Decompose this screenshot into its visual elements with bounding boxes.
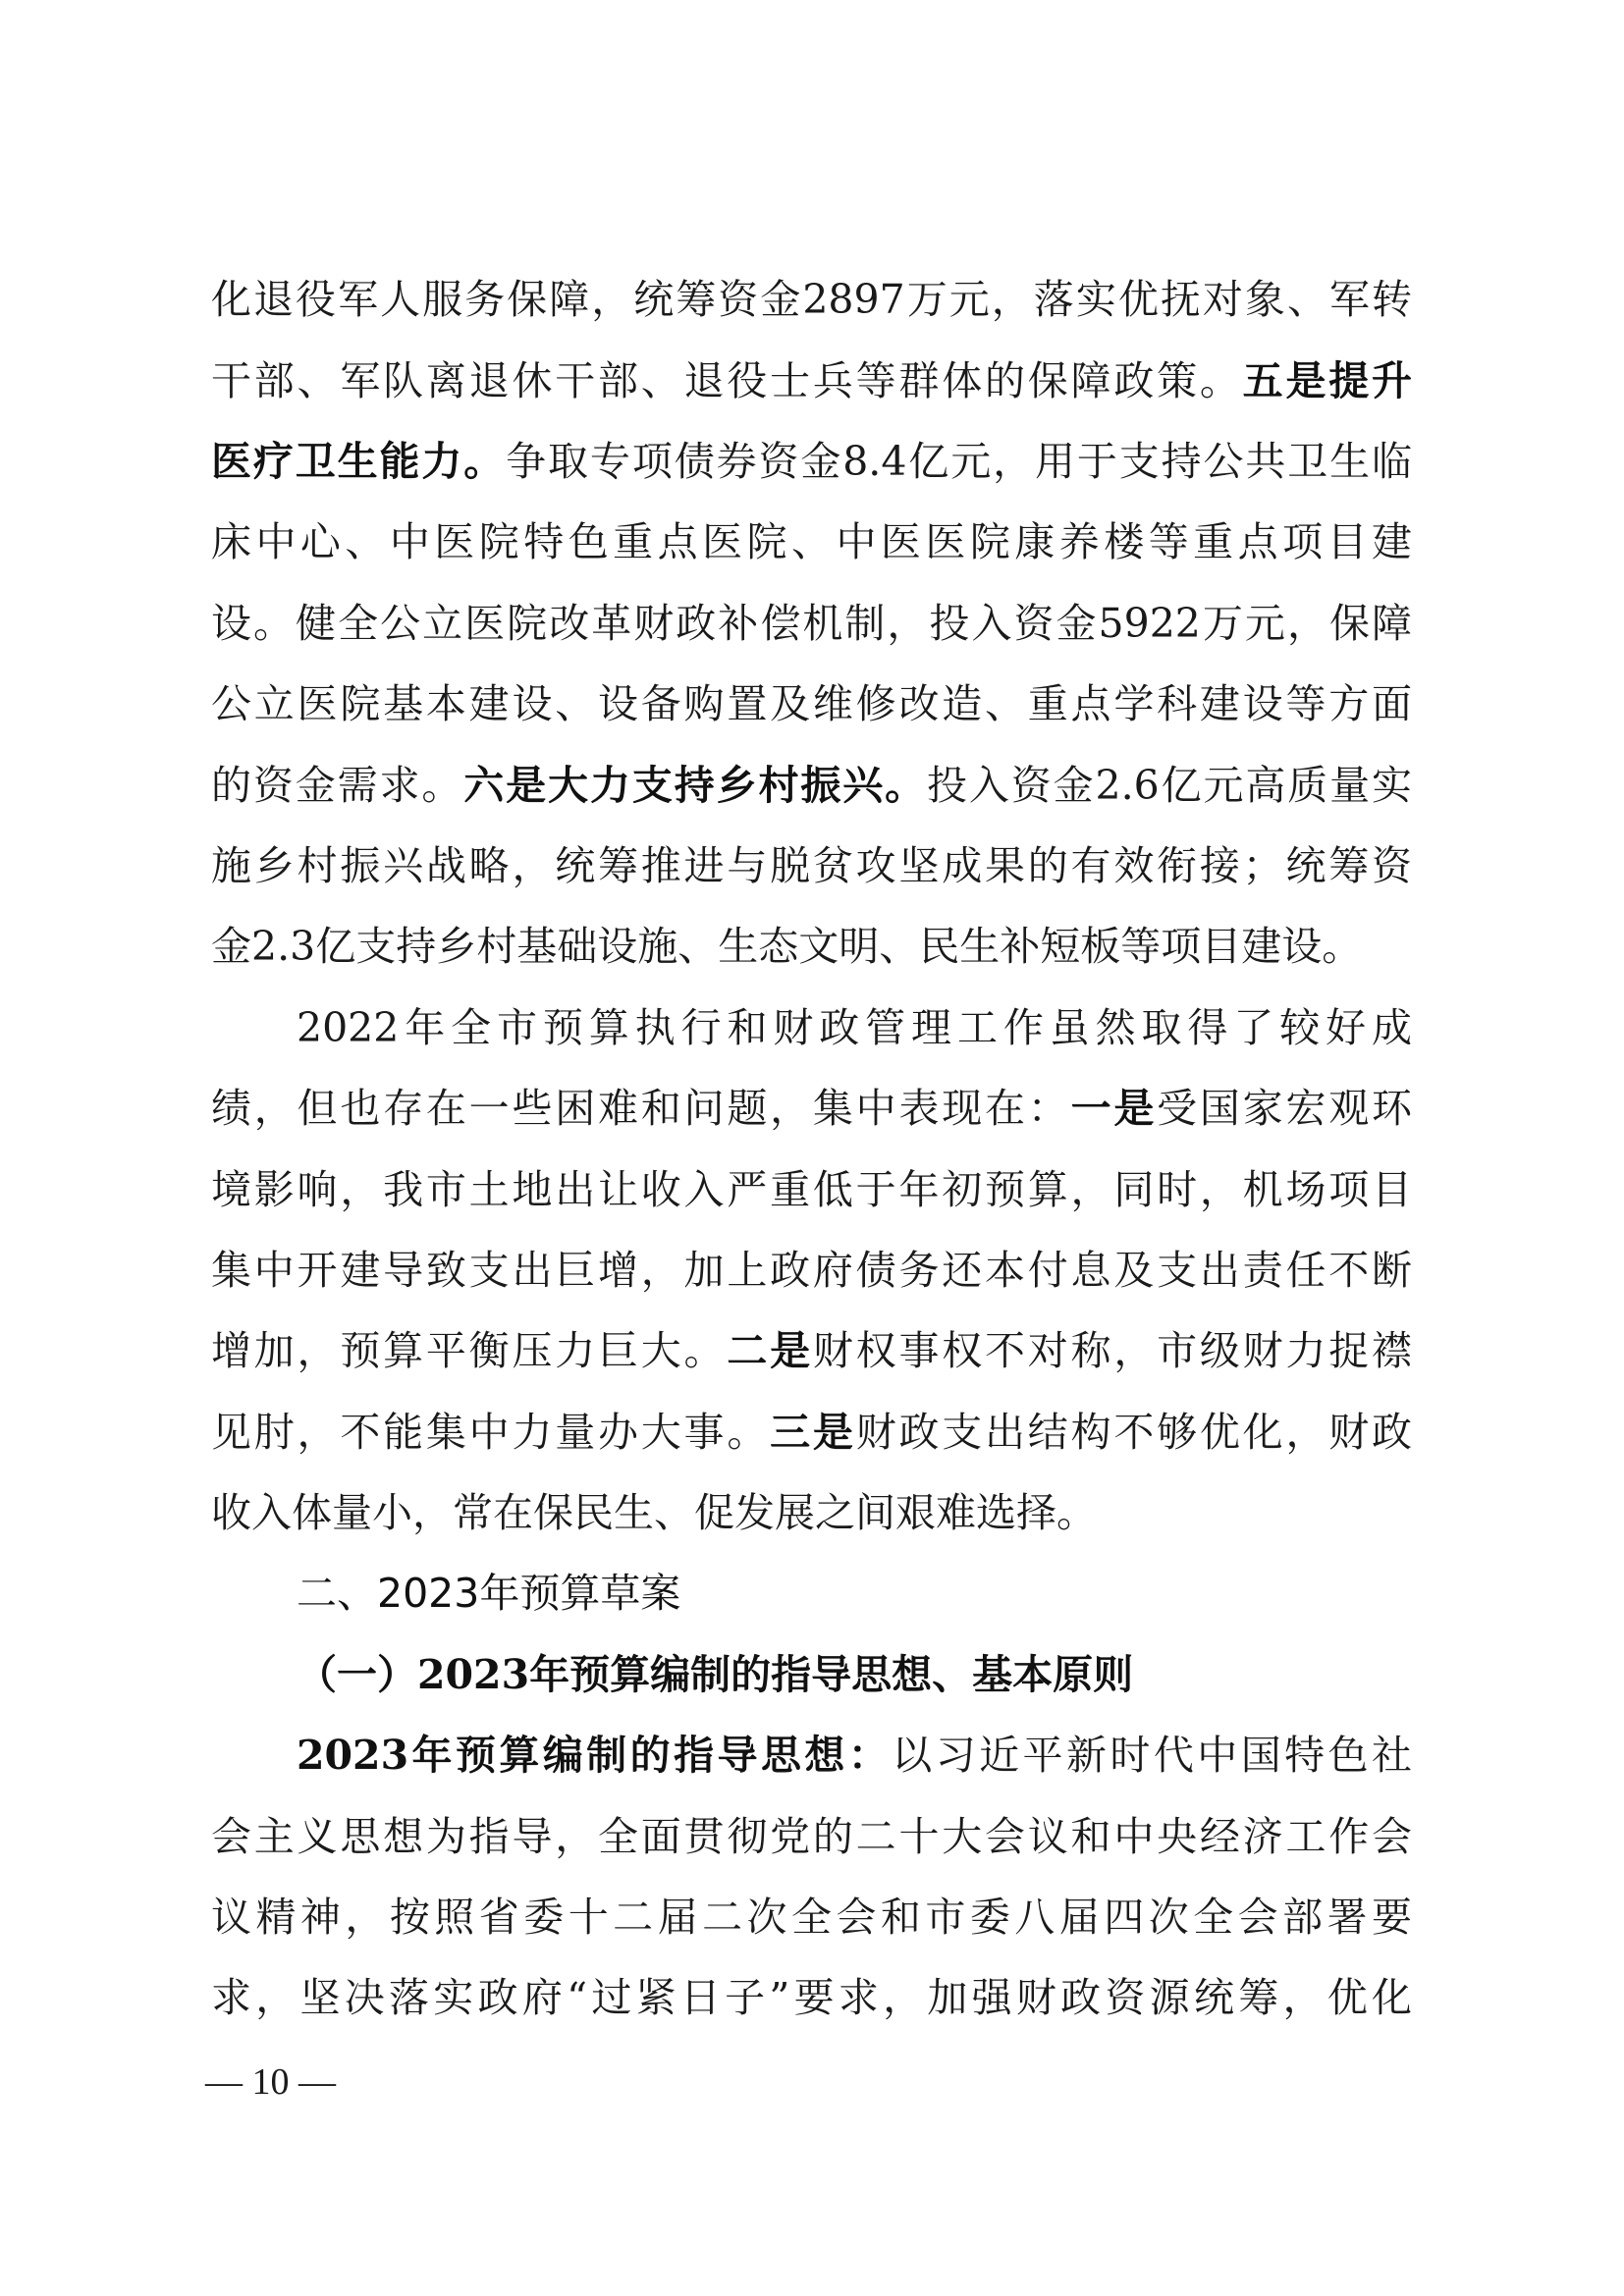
- paragraph-line: 集中开建导致支出巨增，加上政府债务还本付息及支出责任不断: [211, 1241, 1412, 1300]
- text-run: 2022年全市预算执行和财政管理工作虽然取得了较好成: [297, 1004, 1412, 1051]
- paragraph-line: 公立医院基本建设、设备购置及维修改造、重点学科建设等方面: [211, 674, 1412, 733]
- bold-lead-phrase: 医疗卫生能力。: [211, 438, 506, 485]
- paragraph-line: 干部、军队离退休干部、退役士兵等群体的保障政策。五是提升: [211, 351, 1412, 410]
- text-run: 集中开建导致支出巨增，加上政府债务还本付息及支出责任不断: [211, 1247, 1412, 1294]
- text-run: 干部、军队离退休干部、退役士兵等群体的保障政策。: [211, 357, 1243, 404]
- paragraph-line: 2022年全市预算执行和财政管理工作虽然取得了较好成: [297, 998, 1412, 1057]
- paragraph-line: 的资金需求。六是大力支持乡村振兴。投入资金2.6亿元高质量实: [211, 756, 1412, 815]
- section-heading: 二、2023年预算草案: [297, 1564, 680, 1623]
- text-run: 设。健全公立医院改革财政补偿机制，投入资金5922万元，保障: [211, 600, 1412, 647]
- text-run: 争取专项债券资金8.4亿元，用于支持公共卫生临: [506, 438, 1412, 485]
- paragraph-line: 医疗卫生能力。争取专项债券资金8.4亿元，用于支持公共卫生临: [211, 432, 1412, 491]
- paragraph-line: 议精神，按照省委十二届二次全会和市委八届四次全会部署要: [211, 1888, 1412, 1947]
- text-run: 的资金需求。: [211, 762, 463, 809]
- paragraph-line: 会主义思想为指导，全面贯彻党的二十大会议和中央经济工作会: [211, 1807, 1412, 1866]
- text-run: 财政支出结构不够优化，财政: [856, 1409, 1412, 1456]
- document-page: 化退役军人服务保障，统筹资金2897万元，落实优抚对象、军转 干部、军队离退休干…: [0, 0, 1624, 2296]
- bold-lead-phrase: 六是大力支持乡村振兴。: [463, 762, 927, 809]
- bold-lead-phrase: 一是: [1071, 1085, 1158, 1132]
- text-run: 施乡村振兴战略，统筹推进与脱贫攻坚成果的有效衔接；统筹资: [211, 842, 1412, 889]
- text-run: 财权事权不对称，市级财力捉襟: [813, 1327, 1412, 1374]
- text-run: 以习近平新时代中国特色社: [892, 1732, 1412, 1779]
- subsection-heading: （一）2023年预算编制的指导思想、基本原则: [297, 1645, 1133, 1704]
- paragraph-line: 收入体量小，常在保民生、促发展之间艰难选择。: [211, 1483, 1412, 1542]
- text-run: 化退役军人服务保障，统筹资金2897万元，落实优抚对象、军转: [211, 276, 1412, 323]
- text-run: 投入资金2.6亿元高质量实: [927, 762, 1412, 809]
- paragraph-line: 求，坚决落实政府“过紧日子”要求，加强财政资源统筹，优化: [211, 1968, 1412, 2027]
- paragraph-line: 床中心、中医院特色重点医院、中医医院康养楼等重点项目建: [211, 512, 1412, 571]
- text-run: 增加，预算平衡压力巨大。: [211, 1327, 727, 1374]
- bold-lead-phrase: 2023年预算编制的指导思想：: [297, 1732, 892, 1779]
- paragraph-line: 2023年预算编制的指导思想：以习近平新时代中国特色社: [297, 1726, 1412, 1785]
- paragraph-line: 绩，但也存在一些困难和问题，集中表现在：一是受国家宏观环: [211, 1079, 1412, 1138]
- text-run: 见肘，不能集中力量办大事。: [211, 1409, 770, 1456]
- text-run: 公立医院基本建设、设备购置及维修改造、重点学科建设等方面: [211, 680, 1412, 727]
- text-run: 床中心、中医院特色重点医院、中医医院康养楼等重点项目建: [211, 518, 1412, 565]
- text-run: 绩，但也存在一些困难和问题，集中表现在：: [211, 1085, 1071, 1132]
- paragraph-line: 境影响，我市土地出让收入严重低于年初预算，同时，机场项目: [211, 1160, 1412, 1219]
- paragraph-line: 见肘，不能集中力量办大事。三是财政支出结构不够优化，财政: [211, 1403, 1412, 1462]
- paragraph-line: 金2.3亿支持乡村基础设施、生态文明、民生补短板等项目建设。: [211, 917, 1412, 976]
- paragraph-line: 增加，预算平衡压力巨大。二是财权事权不对称，市级财力捉襟: [211, 1321, 1412, 1380]
- text-run: 议精神，按照省委十二届二次全会和市委八届四次全会部署要: [211, 1894, 1412, 1941]
- paragraph-line: 施乡村振兴战略，统筹推进与脱贫攻坚成果的有效衔接；统筹资: [211, 836, 1412, 895]
- bold-lead-phrase: 二是: [727, 1327, 813, 1374]
- text-run: 受国家宏观环: [1157, 1085, 1412, 1132]
- bold-lead-phrase: 五是提升: [1243, 357, 1412, 404]
- bold-lead-phrase: 三是: [770, 1409, 856, 1456]
- page-number: — 10 —: [205, 2057, 336, 2107]
- paragraph-line: 化退役军人服务保障，统筹资金2897万元，落实优抚对象、军转: [211, 270, 1412, 329]
- text-run: 求，坚决落实政府“过紧日子”要求，加强财政资源统筹，优化: [211, 1974, 1412, 2021]
- text-run: 境影响，我市土地出让收入严重低于年初预算，同时，机场项目: [211, 1166, 1412, 1213]
- text-run: 会主义思想为指导，全面贯彻党的二十大会议和中央经济工作会: [211, 1813, 1412, 1860]
- text-run: 金2.3亿支持乡村基础设施、生态文明、民生补短板等项目建设。: [211, 923, 1362, 970]
- text-run: 收入体量小，常在保民生、促发展之间艰难选择。: [211, 1489, 1097, 1536]
- paragraph-line: 设。健全公立医院改革财政补偿机制，投入资金5922万元，保障: [211, 594, 1412, 653]
